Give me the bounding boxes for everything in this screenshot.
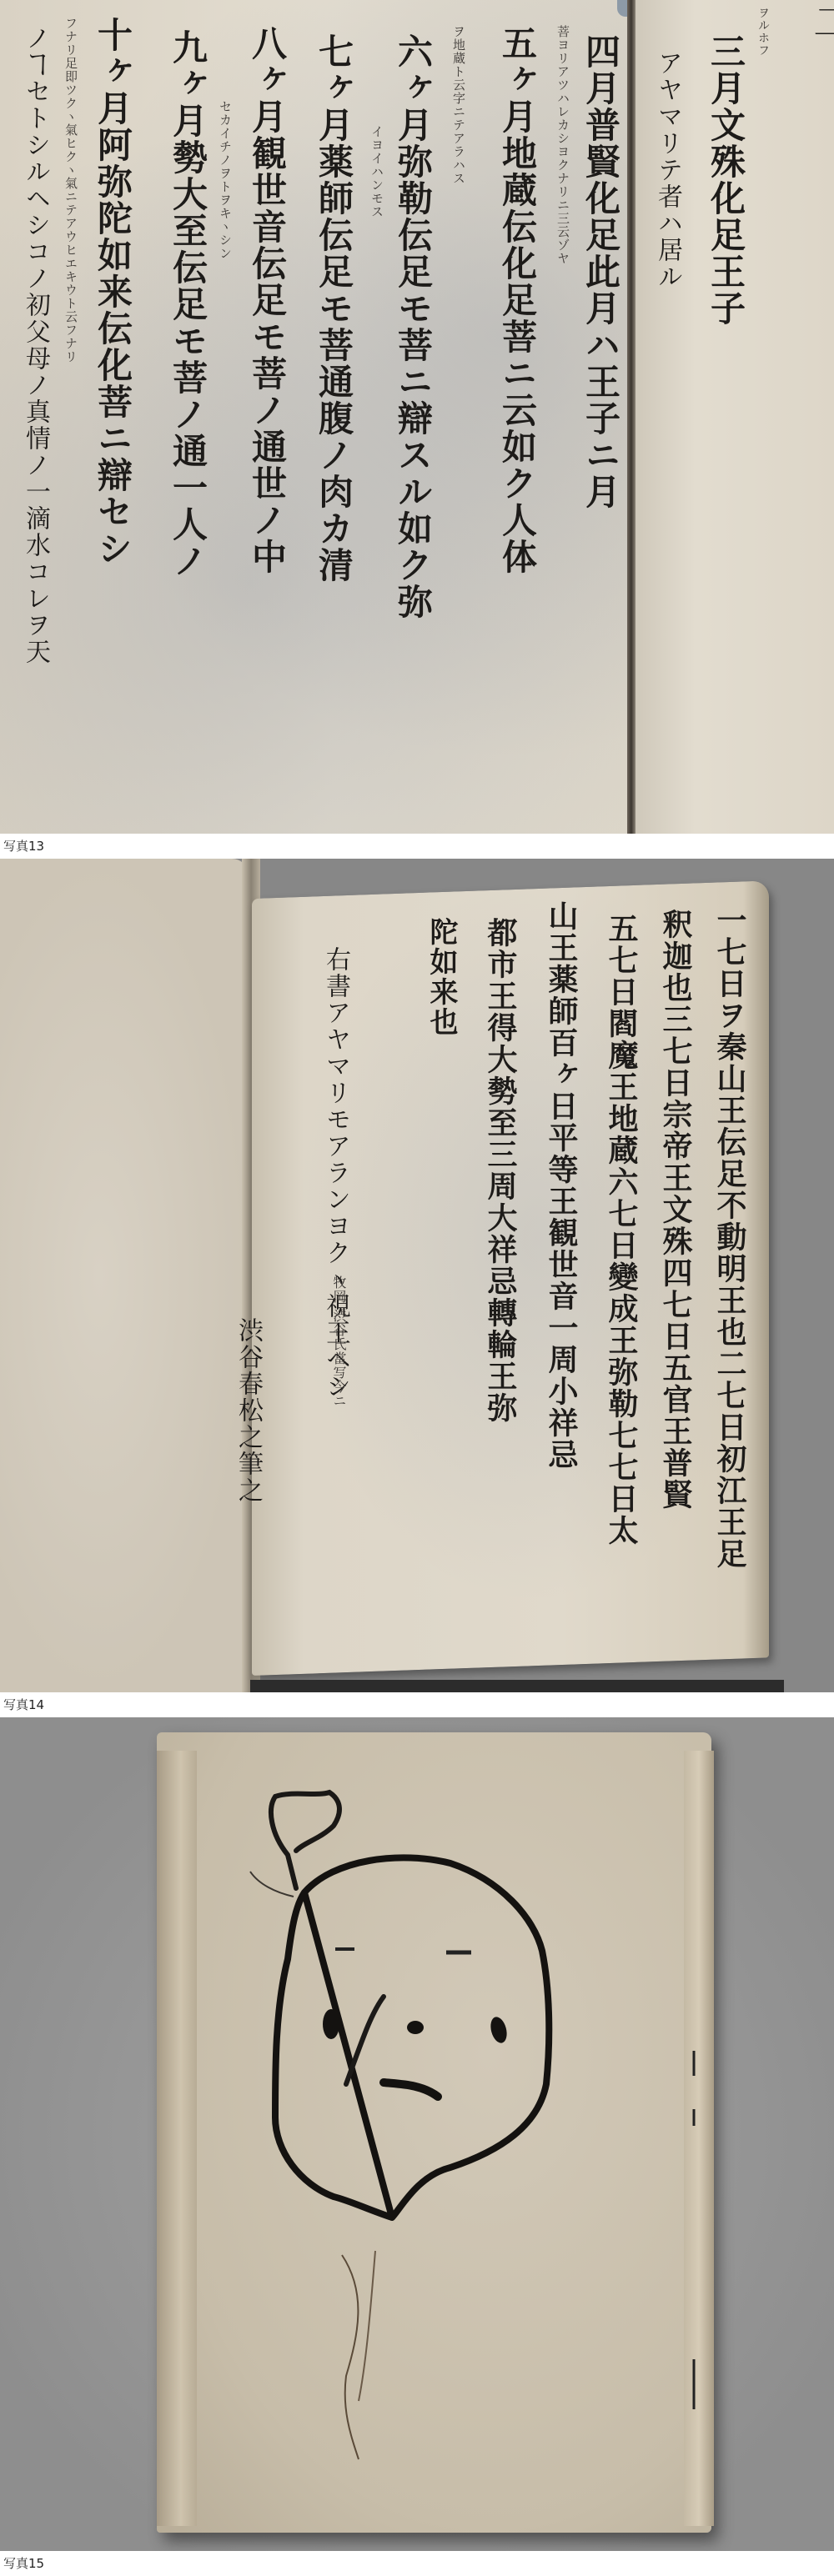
- book-gutter: [627, 0, 636, 834]
- gloss-column: イヨイハンモス: [369, 125, 386, 218]
- text-column: 一七日ヲ秦山王伝足不動明王也二七日初江王足: [709, 905, 751, 1570]
- text-column: 五ヶ月地蔵伝化足菩ニ云如ク人体: [492, 25, 542, 575]
- text-column: 牧岡 渋谷氏當写今ニ: [329, 1275, 349, 1408]
- caption-photo-15: 写真15: [3, 2551, 44, 2576]
- blank-left-page: [0, 859, 249, 1692]
- text-column-edge: 二: [801, 0, 834, 43]
- gloss-column: ヲルホフ: [755, 7, 771, 57]
- text-column: 三月文殊化足王子: [701, 33, 751, 327]
- text-column: 釈迦也三七日宗帝王文殊四七日五官王普賢: [655, 909, 697, 1511]
- face-drawing-icon: [0, 1717, 834, 2551]
- gloss-column: フナリ足即ツクヽ氣ヒクヽ氣ニテアウヒエキウト云フナリ: [63, 17, 80, 363]
- text-column: 九ヶ月勢大至伝足モ菩ノ通一人ノ: [163, 29, 213, 579]
- caption-photo-14: 写真14: [3, 1692, 44, 1717]
- gloss-column: セカイチノヲトヲキヽシン: [217, 100, 234, 260]
- photo-14-manuscript-open: 一七日ヲ秦山王伝足不動明王也二七日初江王足 釈迦也三七日宗帝王文殊四七日五官王普…: [0, 859, 834, 1692]
- caption-photo-13: 写真13: [3, 834, 44, 859]
- text-column: ノヿセトシルヘシコノ初父母ノ真情ノ一滴水コレヲ天: [17, 25, 53, 665]
- text-column: 四月普賢化足此月ハ王子ニ月: [575, 33, 625, 510]
- text-column: 五七日閻魔王地蔵六七日變成王弥勒七七日太: [600, 913, 643, 1546]
- text-column: 八ヶ月観世音伝足モ菩ノ通世ノ中: [242, 25, 292, 575]
- page-shadow: [250, 1680, 784, 1692]
- text-column: 六ヶ月弥勒伝足モ菩ニ辯スル如ク弥: [388, 33, 438, 620]
- photo-13-manuscript-page: 三月文殊化足王子 アヤマリテ者ハ居ル ヲルホフ 二 四月普賢化足此月ハ王子ニ月 …: [0, 0, 834, 834]
- text-column: 陀如来也: [421, 917, 462, 1037]
- text-column: アヤマリテ者ハ居ル: [649, 50, 686, 290]
- text-column: 都市王得大勢至三周大祥忌轉輪王弥: [480, 917, 522, 1424]
- text-column: 七ヶ月薬師伝足モ菩通腹ノ肉カ清: [309, 33, 359, 584]
- text-column: 十ヶ月阿弥陀如来伝化菩ニ辯セシ: [88, 17, 138, 567]
- text-column: 山王薬師百ヶ日平等王観世音一周小祥忌: [540, 900, 583, 1471]
- text-column: 渋谷春松之筆之: [229, 1317, 266, 1504]
- photo-15-booklet-cover: [0, 1717, 834, 2551]
- gloss-column: 菩ヨリアツハレカシヨクナリニ三云ゾヤ: [555, 25, 572, 265]
- gloss-column: ヲ地蔵ト云字ニテアラハス: [450, 25, 468, 185]
